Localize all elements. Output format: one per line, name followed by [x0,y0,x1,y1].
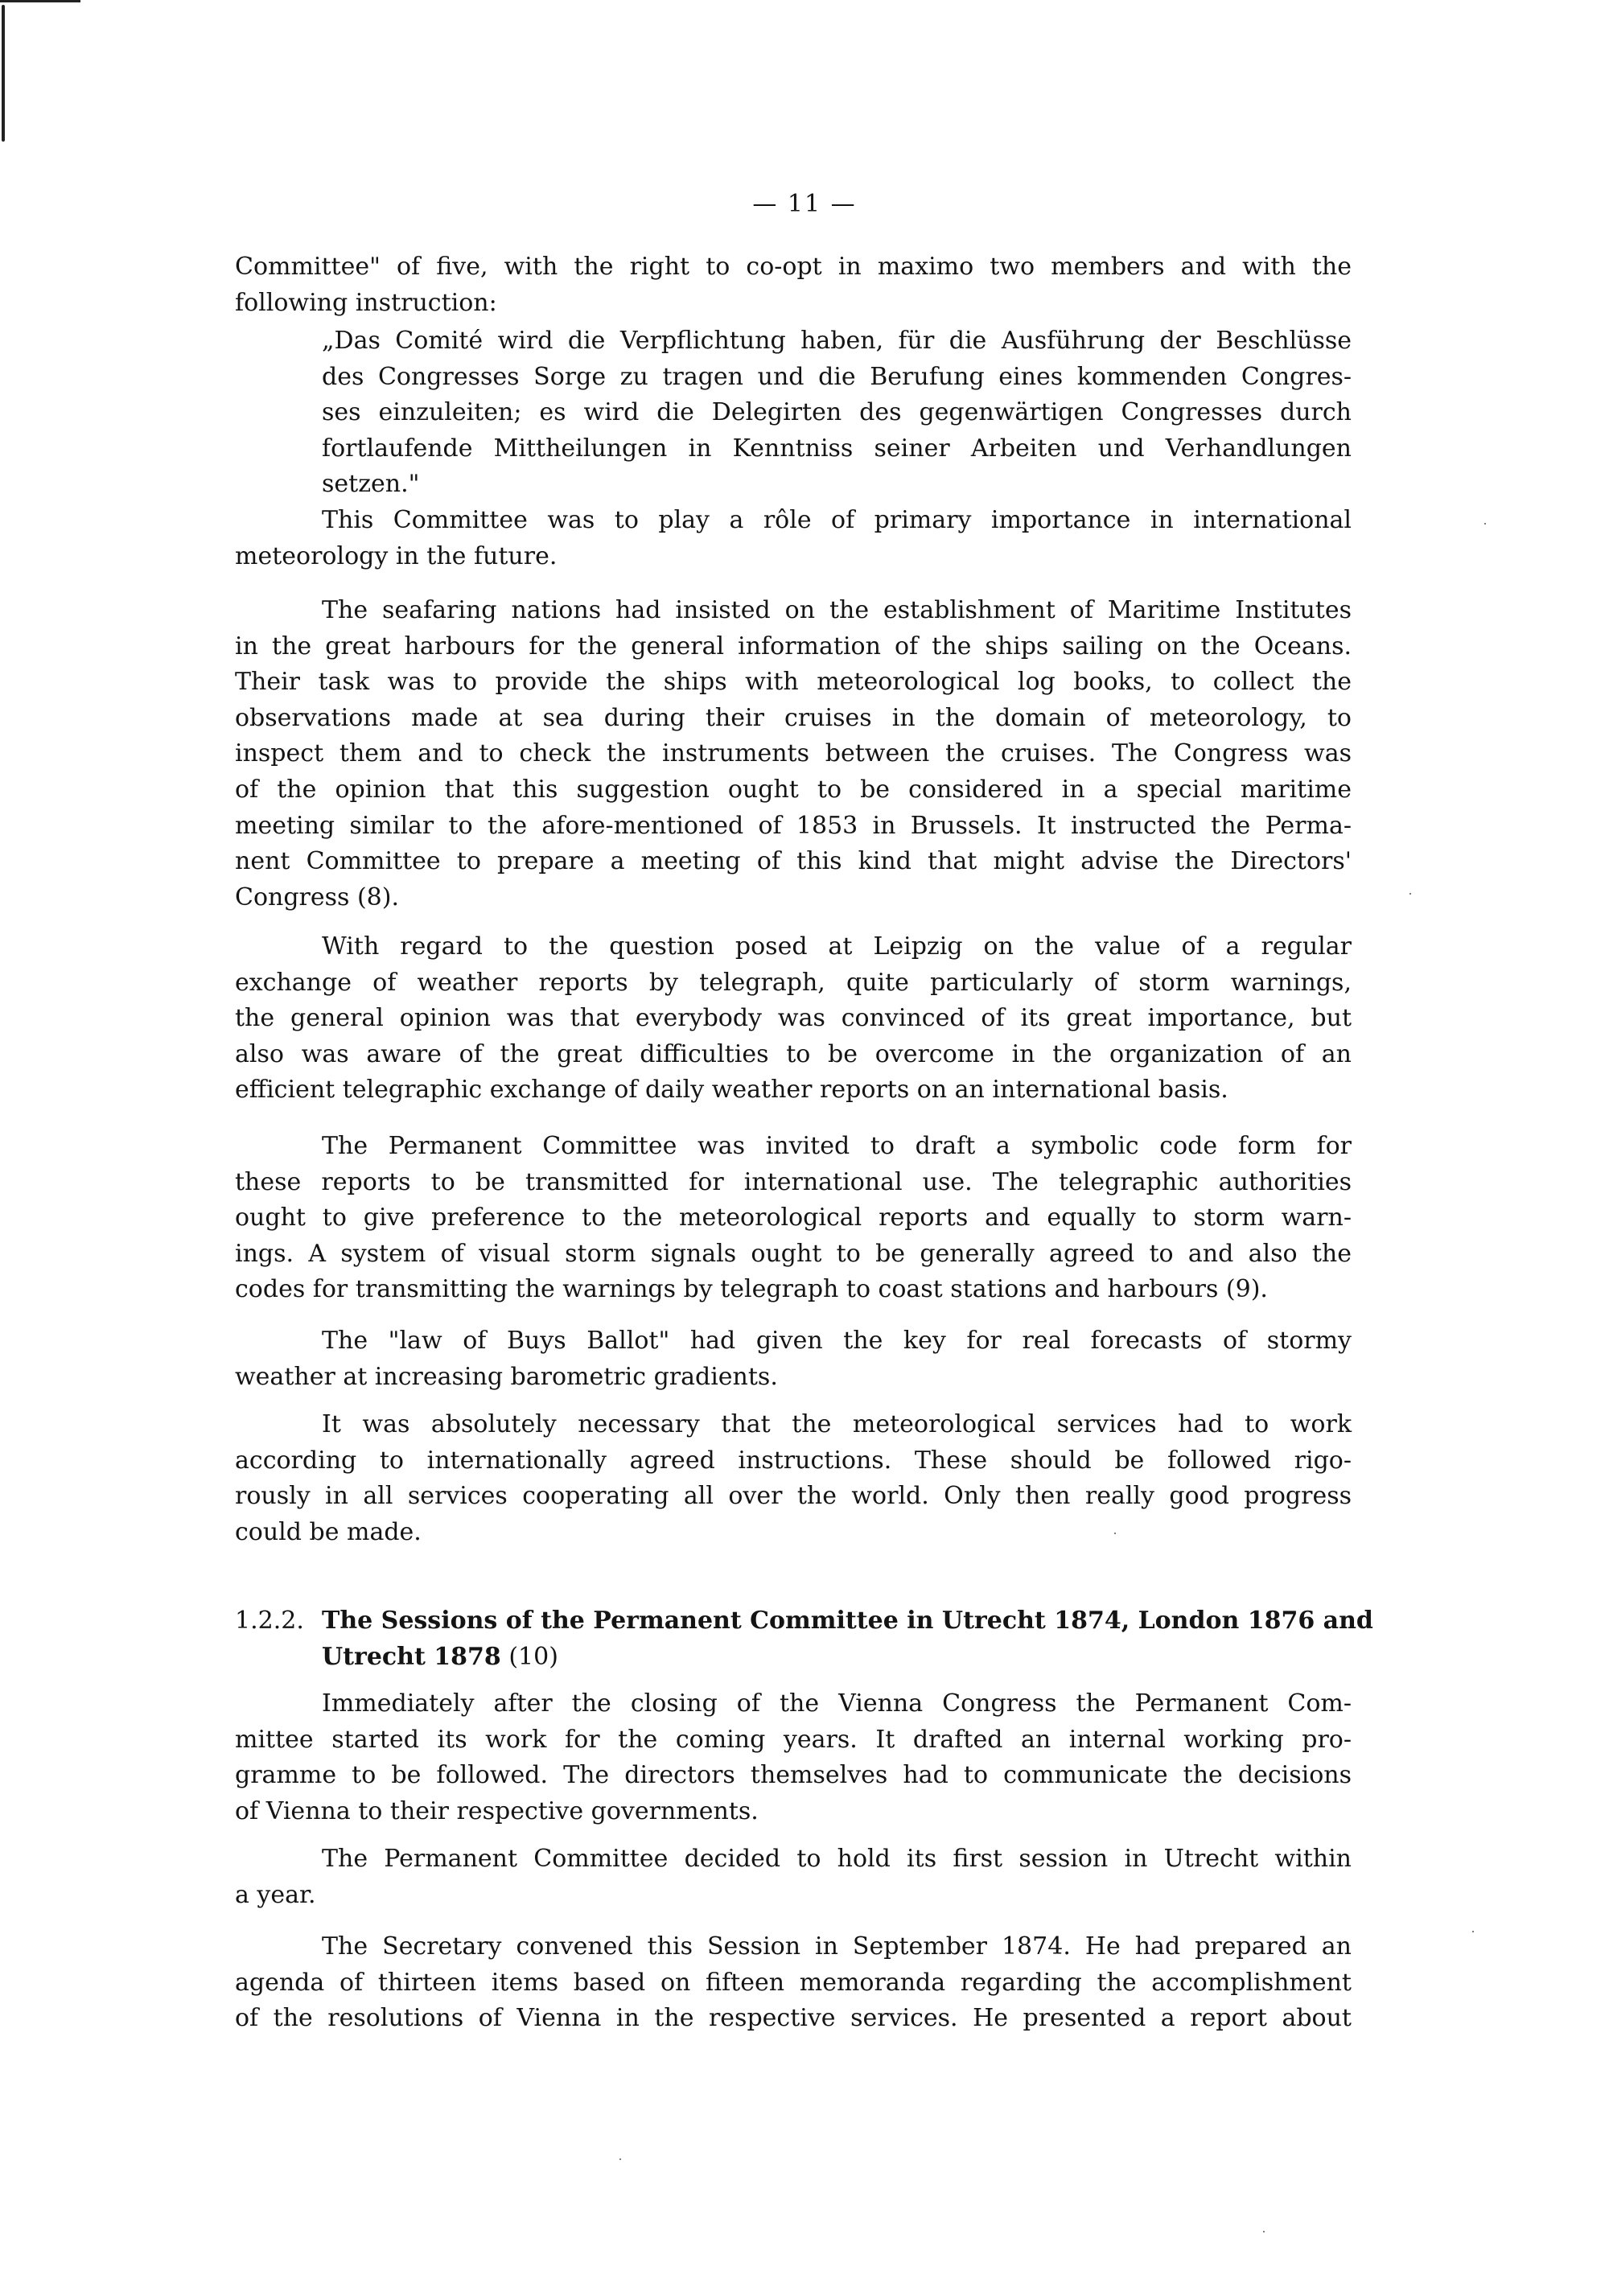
text-line: Congress (8). [235,880,1352,916]
section-number: 1.2.2. [235,1603,322,1640]
paragraph-maritime-institutes: The seafaring nations had insisted on th… [235,593,1352,916]
text-line: Committee" of five, with the right to co… [235,249,1352,286]
text-line: of the opinion that this suggestion ough… [235,772,1352,809]
paragraph-first-session: The Permanent Committee decided to hold … [235,1841,1352,1913]
text-line: ings. A system of visual storm signals o… [235,1236,1352,1273]
block-quotation-german: „Das Comité wird die Verpflichtung haben… [235,323,1352,503]
text-line: exchange of weather reports by telegraph… [235,965,1352,1002]
text-line: des Congresses Sorge zu tragen und die B… [235,360,1352,396]
text-line: in the great harbours for the general in… [235,629,1352,665]
text-line: observations made at sea during their cr… [235,701,1352,737]
paragraph-committee-of-five: Committee" of five, with the right to co… [235,249,1352,321]
paragraph-after-vienna: Immediately after the closing of the Vie… [235,1686,1352,1829]
scan-edge-mark [0,0,80,2]
text-line: Immediately after the closing of the Vie… [235,1686,1352,1722]
text-line: according to internationally agreed inst… [235,1443,1352,1479]
text-line: meeting similar to the afore-mentioned o… [235,809,1352,845]
scan-speck [619,2158,621,2160]
text-line: ses einzuleiten; es wird die Delegirten … [235,395,1352,431]
paragraph-agreed-instructions: It was absolutely necessary that the met… [235,1407,1352,1550]
text-line: With regard to the question posed at Lei… [235,929,1352,965]
text-line: ought to give preference to the meteorol… [235,1200,1352,1236]
section-title-continued: Utrecht 1878 (10) [322,1640,1352,1676]
text-line: efficient telegraphic exchange of daily … [235,1072,1352,1109]
text-line: codes for transmitting the warnings by t… [235,1272,1352,1308]
text-line: fortlaufende Mittheilungen in Kenntniss … [235,431,1352,467]
text-line: „Das Comité wird die Verpflichtung haben… [235,323,1352,360]
text-line: gramme to be followed. The directors the… [235,1758,1352,1794]
text-line: The Permanent Committee decided to hold … [235,1841,1352,1878]
scan-speck [1114,1533,1116,1534]
scan-speck [1472,1931,1474,1932]
text-line: inspect them and to check the instrument… [235,736,1352,772]
text-line: these reports to be transmitted for inte… [235,1165,1352,1201]
text-line: meteorology in the future. [235,539,1352,575]
page-number: — 11 — [0,190,1609,218]
scan-speck [1263,2231,1265,2232]
scan-speck [1409,893,1411,895]
text-line: The "law of Buys Ballot" had given the k… [235,1323,1352,1360]
text-line: the general opinion was that everybody w… [235,1001,1352,1037]
text-line: It was absolutely necessary that the met… [235,1407,1352,1443]
text-line: of the resolutions of Vienna in the resp… [235,2001,1352,2037]
heading-line: Utrecht 1878 (10) [235,1640,1352,1676]
paragraph-committee-role: This Committee was to play a rôle of pri… [235,503,1352,574]
text-line: weather at increasing barometric gradien… [235,1360,1352,1396]
section-title-bold: Utrecht 1878 [322,1643,501,1671]
section-heading: 1.2.2. The Sessions of the Permanent Com… [235,1603,1352,1675]
text-line: The Secretary convened this Session in S… [235,1929,1352,1965]
text-line: mittee started its work for the coming y… [235,1722,1352,1759]
scan-speck [1484,523,1486,525]
text-line: also was aware of the great difficulties… [235,1037,1352,1073]
paragraph-code-form: The Permanent Committee was invited to d… [235,1129,1352,1308]
text-line: agenda of thirteen items based on fiftee… [235,1965,1352,2002]
scan-edge-line [2,5,5,142]
section-title: The Sessions of the Permanent Committee … [322,1603,1373,1640]
text-line: a year. [235,1878,1352,1914]
paragraph-telegraph-exchange: With regard to the question posed at Lei… [235,929,1352,1109]
text-line: following instruction: [235,286,1352,322]
text-line: nent Committee to prepare a meeting of t… [235,844,1352,880]
section-number-spacer [235,1640,322,1676]
text-line: The seafaring nations had insisted on th… [235,593,1352,629]
text-line: rously in all services cooperating all o… [235,1479,1352,1515]
text-line: could be made. [235,1515,1352,1551]
paragraph-secretary-convened: The Secretary convened this Session in S… [235,1929,1352,2037]
heading-line: 1.2.2. The Sessions of the Permanent Com… [235,1603,1352,1640]
section-reference: (10) [501,1643,558,1671]
text-line: of Vienna to their respective government… [235,1794,1352,1830]
text-line: Their task was to provide the ships with… [235,665,1352,701]
text-line: The Permanent Committee was invited to d… [235,1129,1352,1165]
text-line: This Committee was to play a rôle of pri… [235,503,1352,539]
text-line: setzen." [235,467,1352,503]
paragraph-buys-ballot: The "law of Buys Ballot" had given the k… [235,1323,1352,1395]
